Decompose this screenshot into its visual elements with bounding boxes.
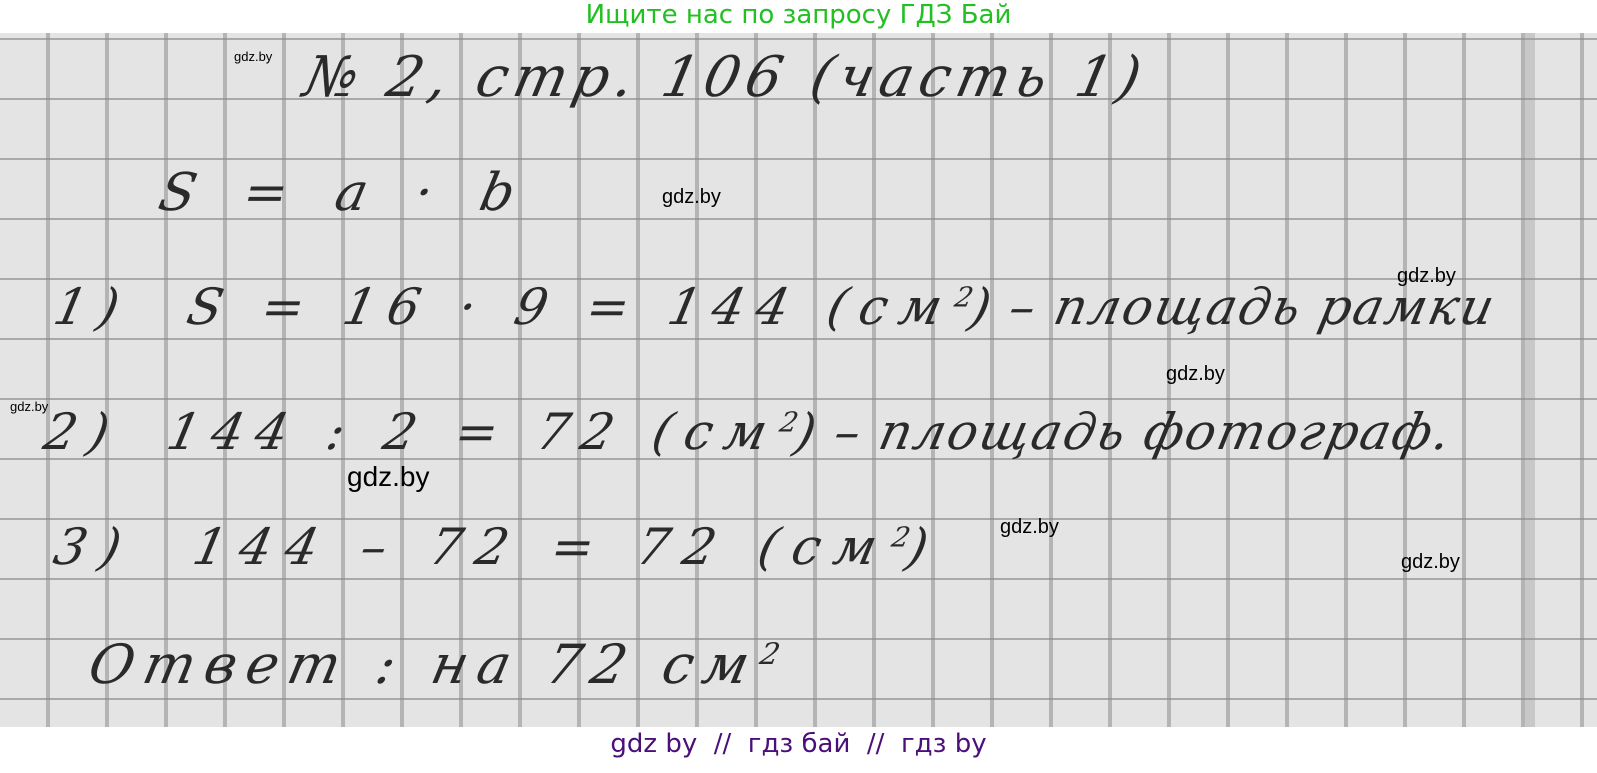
step-description: ) – площадь фотограф. xyxy=(790,403,1458,461)
step-3: 3) 144 – 72 = 72 (см2) xyxy=(49,518,948,576)
search-hint-text: Ищите нас по запросу ГДЗ Бай xyxy=(586,0,1012,30)
exercise-title: № 2, стр. 106 (часть 1) xyxy=(298,45,1153,110)
step-expression: 144 : 2 = 72 (см xyxy=(162,403,784,461)
watermark: gdz.by xyxy=(1166,363,1225,386)
watermark: gdz.by xyxy=(347,461,430,493)
step-1: 1) S = 16 · 9 = 144 (см2) – площадь рамк… xyxy=(49,278,1502,336)
site-names-text: gdz by // гдз бай // гдз by xyxy=(610,729,986,759)
step-expression: 144 – 72 = 72 (см xyxy=(188,518,896,576)
watermark: gdz.by xyxy=(10,399,48,414)
step-2: 2) 144 : 2 = 72 (см2) – площадь фотограф… xyxy=(39,403,1458,461)
watermark: gdz.by xyxy=(662,186,721,209)
notebook-page: № 2, стр. 106 (часть 1) S = a · b 1) S =… xyxy=(0,33,1597,727)
step-number: 3) xyxy=(49,518,141,576)
answer: Ответ : на 72 см2 xyxy=(83,633,784,696)
step-expression: S = 16 · 9 = 144 (см xyxy=(182,278,959,336)
top-banner: Ищите нас по запросу ГДЗ Бай xyxy=(0,0,1597,33)
watermark: gdz.by xyxy=(1000,516,1059,539)
step-number: 2) xyxy=(39,403,127,461)
bottom-banner: gdz by // гдз бай // гдз by xyxy=(0,727,1597,773)
watermark: gdz.by xyxy=(234,49,272,64)
watermark: gdz.by xyxy=(1401,551,1460,574)
watermark: gdz.by xyxy=(1397,265,1456,288)
area-formula: S = a · b xyxy=(154,163,537,223)
step-number: 1) xyxy=(49,278,137,336)
